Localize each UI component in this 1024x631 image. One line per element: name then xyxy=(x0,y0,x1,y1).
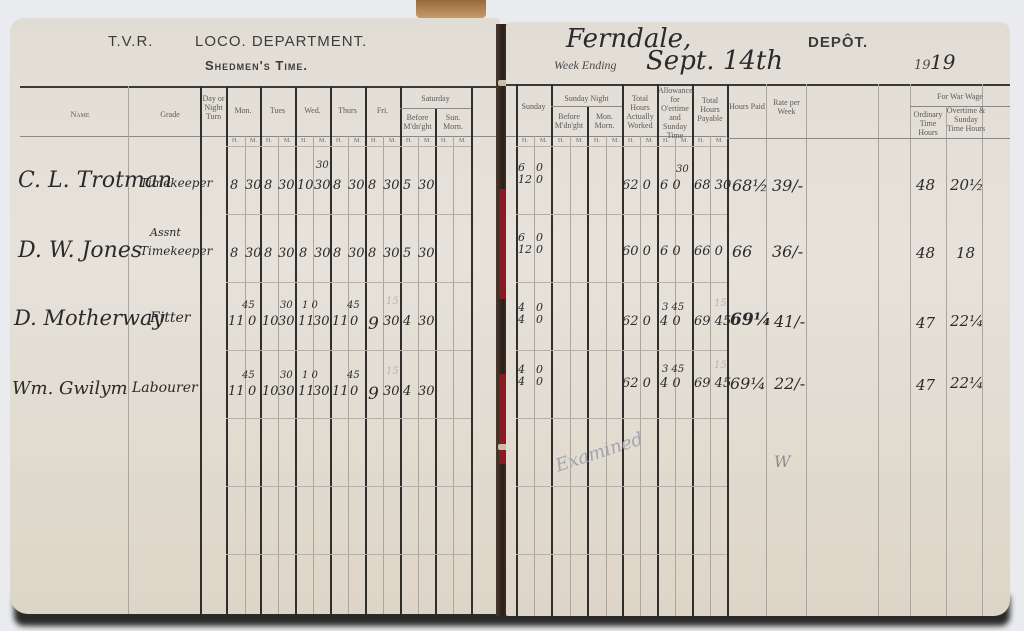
pencil-initials: W xyxy=(774,452,790,471)
col-name: Name xyxy=(60,110,100,119)
mon-m: 30 xyxy=(245,178,262,193)
divider xyxy=(534,136,535,616)
mon-note: 45 xyxy=(242,370,255,381)
ordinary-time-hours: 48 xyxy=(916,244,935,262)
col-total-hours-payable: Total Hours Payable xyxy=(693,96,727,123)
row-rule xyxy=(516,350,727,351)
row-rule xyxy=(226,350,471,351)
spine-binding-red xyxy=(499,189,506,299)
ordinary-time-hours: 47 xyxy=(916,376,935,394)
hm-m: M. xyxy=(716,138,723,144)
overtime-sunday-hours: 22¼ xyxy=(950,374,984,392)
sunday-h: 4 4 xyxy=(518,302,525,326)
divider xyxy=(453,136,454,614)
tues-m: 30 xyxy=(278,384,295,399)
hm-m: M. xyxy=(424,138,431,144)
col-sn-mon-morn: Mon. Morn. xyxy=(587,112,622,130)
col-rate-per-week: Rate per Week xyxy=(767,98,806,116)
tues-m: 30 xyxy=(278,178,295,193)
fri-h: 9 xyxy=(368,384,379,404)
col-allowance-overtime: Allowance for O'ertime and Sunday Time xyxy=(658,86,692,140)
overtime-sunday-hours: 22¼ xyxy=(950,312,984,330)
total-hours-worked: 60 0 xyxy=(622,244,651,259)
hm-m: M. xyxy=(681,138,688,144)
sat-before-m: 30 xyxy=(418,246,435,261)
col-fri: Fri. xyxy=(365,106,400,115)
col-sn-before-midnight: Before M'dn'ght xyxy=(551,112,587,130)
allowance-note: 3 45 xyxy=(662,302,684,313)
sunday-m: 0 0 xyxy=(536,232,543,256)
sat-before-m: 30 xyxy=(418,314,435,329)
hm-m: M. xyxy=(576,138,583,144)
divider xyxy=(418,136,419,614)
mon-h: 11 xyxy=(228,314,245,329)
tues-h: 10 xyxy=(262,314,279,329)
row-rule xyxy=(226,282,471,283)
allowance: 6 0 xyxy=(660,244,681,259)
col-thurs: Thurs xyxy=(330,106,365,115)
row-rule xyxy=(516,214,727,215)
hm-m: M. xyxy=(612,138,619,144)
allowance: 6 0 xyxy=(660,178,681,193)
mon-m: 30 xyxy=(245,246,262,261)
allowance: 4 0 xyxy=(660,376,681,391)
divider xyxy=(128,86,129,614)
employee-name: D. Motherway xyxy=(14,306,164,330)
sunday-night-rule xyxy=(551,106,622,107)
depot-label: DEPÔT. xyxy=(808,34,868,51)
wed-m: 30 xyxy=(314,178,331,193)
hm-m: M. xyxy=(646,138,653,144)
divider xyxy=(200,86,202,614)
employee-name: Wm. Gwilym xyxy=(12,378,128,399)
tues-note: 30 xyxy=(280,370,293,381)
row-rule xyxy=(226,418,471,419)
fri-m: 30 xyxy=(383,384,400,399)
col-wed: Wed. xyxy=(295,106,330,115)
col-sunday-night: Sunday Night xyxy=(551,94,622,103)
hm-m: M. xyxy=(354,138,361,144)
hours-paid: 69¼ xyxy=(730,310,771,330)
hours-paid: 68½ xyxy=(732,176,768,195)
employee-grade: Timekeeper xyxy=(140,176,212,190)
divider xyxy=(435,108,437,614)
fri-m: 30 xyxy=(383,314,400,329)
col-overtime-sunday-hours: Overtime & Sunday Time Hours xyxy=(946,106,986,133)
row-rule xyxy=(226,146,471,147)
wed-note: 30 xyxy=(316,160,329,171)
hm-m: M. xyxy=(459,138,466,144)
hm-h: H. xyxy=(441,138,447,144)
employee-grade-note: Assnt xyxy=(150,226,181,239)
overtime-sunday-hours: 18 xyxy=(956,244,975,262)
fri-note: 15 xyxy=(386,296,399,307)
left-page: T.V.R. LOCO. DEPARTMENT. Shedmen's Time.… xyxy=(10,18,500,614)
divider xyxy=(910,84,911,616)
hm-h: H. xyxy=(628,138,634,144)
wed-h: 8 xyxy=(299,246,307,261)
overtime-sunday-hours: 20½ xyxy=(950,176,984,194)
col-sat-sun-morn: Sun. Morn. xyxy=(435,113,471,131)
hm-m: M. xyxy=(389,138,396,144)
divider xyxy=(278,136,279,614)
hm-h: H. xyxy=(522,138,528,144)
hm-h: H. xyxy=(336,138,342,144)
sunday-h: 6 12 xyxy=(518,232,532,256)
thurs-m: 0 xyxy=(350,314,358,329)
divider xyxy=(946,106,947,616)
employee-name: D. W. Jones xyxy=(18,238,142,263)
sat-before-m: 30 xyxy=(418,384,435,399)
row-rule xyxy=(516,282,727,283)
divider xyxy=(806,84,807,616)
col-for-war-wage: For War Wage xyxy=(910,92,1010,101)
mon-h: 8 xyxy=(230,178,238,193)
mon-note: 45 xyxy=(242,300,255,311)
col-total-hours-worked: Total Hours Actually Worked xyxy=(623,94,657,130)
fri-note: 15 xyxy=(386,366,399,377)
week-ending-value: Sept. 14th xyxy=(646,46,783,76)
ordinary-time-hours: 48 xyxy=(916,176,935,194)
hm-h: H. xyxy=(594,138,600,144)
hm-h: H. xyxy=(232,138,238,144)
employee-grade: Fitter xyxy=(150,310,190,326)
hm-m: M. xyxy=(250,138,257,144)
hm-h: H. xyxy=(406,138,412,144)
total-hours-worked: 62 0 xyxy=(622,376,651,391)
thurs-note: 45 xyxy=(347,300,360,311)
allowance-note: 3 45 xyxy=(662,364,684,375)
hm-m: M. xyxy=(284,138,291,144)
col-ordinary-time-hours: Ordinary Time Hours xyxy=(910,110,946,137)
ordinary-time-hours: 47 xyxy=(916,314,935,332)
wed-m: 30 xyxy=(313,384,330,399)
row-rule xyxy=(516,554,727,555)
fri-h: 8 xyxy=(368,246,376,261)
thurs-h: 11 xyxy=(332,384,349,399)
row-rule xyxy=(226,486,471,487)
department-title: LOCO. DEPARTMENT. xyxy=(195,33,367,50)
mon-m: 0 xyxy=(248,314,256,329)
col-saturday: Saturday xyxy=(400,94,471,103)
col-day-night: Day or Night Turn xyxy=(201,94,226,121)
fri-m: 30 xyxy=(383,178,400,193)
hm-h: H. xyxy=(698,138,704,144)
sat-before-h: 5 xyxy=(403,246,411,261)
hm-h: H. xyxy=(663,138,669,144)
row-rule xyxy=(516,146,727,147)
rate-per-week: 36/- xyxy=(772,242,803,261)
col-mon: Mon. xyxy=(226,106,260,115)
mon-h: 8 xyxy=(230,246,238,261)
fri-m: 30 xyxy=(383,246,400,261)
wed-note: 1 0 xyxy=(302,370,318,381)
wed-note: 1 0 xyxy=(302,300,318,311)
sunday-m: 0 0 xyxy=(536,364,543,388)
divider xyxy=(587,106,589,616)
col-tues: Tues xyxy=(260,106,295,115)
tues-h: 10 xyxy=(262,384,279,399)
divider xyxy=(982,84,983,616)
row-rule xyxy=(226,214,471,215)
thurs-h: 8 xyxy=(333,246,341,261)
sat-before-h: 4 xyxy=(403,314,411,329)
sunday-m: 0 0 xyxy=(536,302,543,326)
hours-paid: 66 xyxy=(732,242,752,261)
company-initials: T.V.R. xyxy=(108,33,153,50)
wed-m: 30 xyxy=(314,246,331,261)
row-rule xyxy=(516,486,727,487)
divider xyxy=(606,136,607,616)
divider xyxy=(727,84,729,616)
total-hours-worked: 62 0 xyxy=(622,314,651,329)
col-hours-paid: Hours Paid xyxy=(728,102,766,111)
rate-per-week: 39/- xyxy=(772,176,803,195)
divider xyxy=(383,136,384,614)
thurs-h: 8 xyxy=(333,178,341,193)
employee-grade: Labourer xyxy=(132,380,198,396)
rate-per-week: 41/- xyxy=(774,312,805,331)
divider xyxy=(570,136,571,616)
thurs-m: 30 xyxy=(348,246,365,261)
divider xyxy=(878,84,879,616)
tues-note: 30 xyxy=(280,300,293,311)
total-payable-note: 15 xyxy=(714,298,727,309)
row-rule xyxy=(516,418,727,419)
row-rule xyxy=(727,138,1010,139)
fri-h: 8 xyxy=(368,178,376,193)
right-page: Ferndale, DEPÔT. Week Ending Sept. 14th … xyxy=(506,22,1010,616)
col-sunday: Sunday xyxy=(516,102,551,111)
row-rule xyxy=(226,554,471,555)
mon-h: 11 xyxy=(228,384,245,399)
sunday-h: 4 4 xyxy=(518,364,525,388)
sunday-m: 0 0 xyxy=(536,162,543,186)
hm-h: H. xyxy=(371,138,377,144)
hm-h: H. xyxy=(301,138,307,144)
sat-before-m: 30 xyxy=(418,178,435,193)
tues-h: 8 xyxy=(264,246,272,261)
header-rule xyxy=(506,84,1010,86)
bookmark-tab xyxy=(416,0,486,18)
saturday-rule xyxy=(400,108,471,109)
thurs-note: 45 xyxy=(347,370,360,381)
total-hours-payable: 69 45 xyxy=(694,314,731,329)
week-ending-label: Week Ending xyxy=(554,58,617,73)
total-payable-note: 15 xyxy=(714,360,727,371)
spine-binding-red xyxy=(499,374,506,464)
year-printed: 19 xyxy=(914,58,931,73)
hours-paid: 69¼ xyxy=(730,374,766,393)
year-handwritten: 19 xyxy=(930,50,955,74)
thurs-h: 11 xyxy=(332,314,349,329)
hm-h: H. xyxy=(266,138,272,144)
total-hours-payable: 69 45 xyxy=(694,376,731,391)
fri-h: 9 xyxy=(368,314,379,334)
thurs-m: 0 xyxy=(350,384,358,399)
tues-h: 8 xyxy=(264,178,272,193)
mon-m: 0 xyxy=(248,384,256,399)
thurs-m: 30 xyxy=(348,178,365,193)
page-subtitle: Shedmen's Time. xyxy=(205,58,308,73)
wed-m: 30 xyxy=(313,314,330,329)
hm-h: H. xyxy=(558,138,564,144)
total-hours-worked: 62 0 xyxy=(622,178,651,193)
sunday-h: 6 12 xyxy=(518,162,532,186)
sat-before-h: 4 xyxy=(403,384,411,399)
col-grade: Grade xyxy=(150,110,190,119)
total-hours-payable: 68 30 xyxy=(694,178,731,193)
allowance-note: 30 xyxy=(676,164,689,175)
hm-m: M. xyxy=(319,138,326,144)
hm-m: M. xyxy=(540,138,547,144)
faded-pencil-note: Examined xyxy=(553,429,646,477)
employee-grade: Timekeeper xyxy=(140,244,212,258)
wed-h: 10 xyxy=(297,178,314,193)
col-sat-before-midnight: Before M'dn'ght xyxy=(400,113,435,131)
rate-per-week: 22/- xyxy=(774,374,805,393)
sat-before-h: 5 xyxy=(403,178,411,193)
divider xyxy=(471,86,473,614)
tues-m: 30 xyxy=(278,314,295,329)
allowance: 4 0 xyxy=(660,314,681,329)
divider xyxy=(766,84,767,616)
total-hours-payable: 66 0 xyxy=(694,244,723,259)
tues-m: 30 xyxy=(278,246,295,261)
